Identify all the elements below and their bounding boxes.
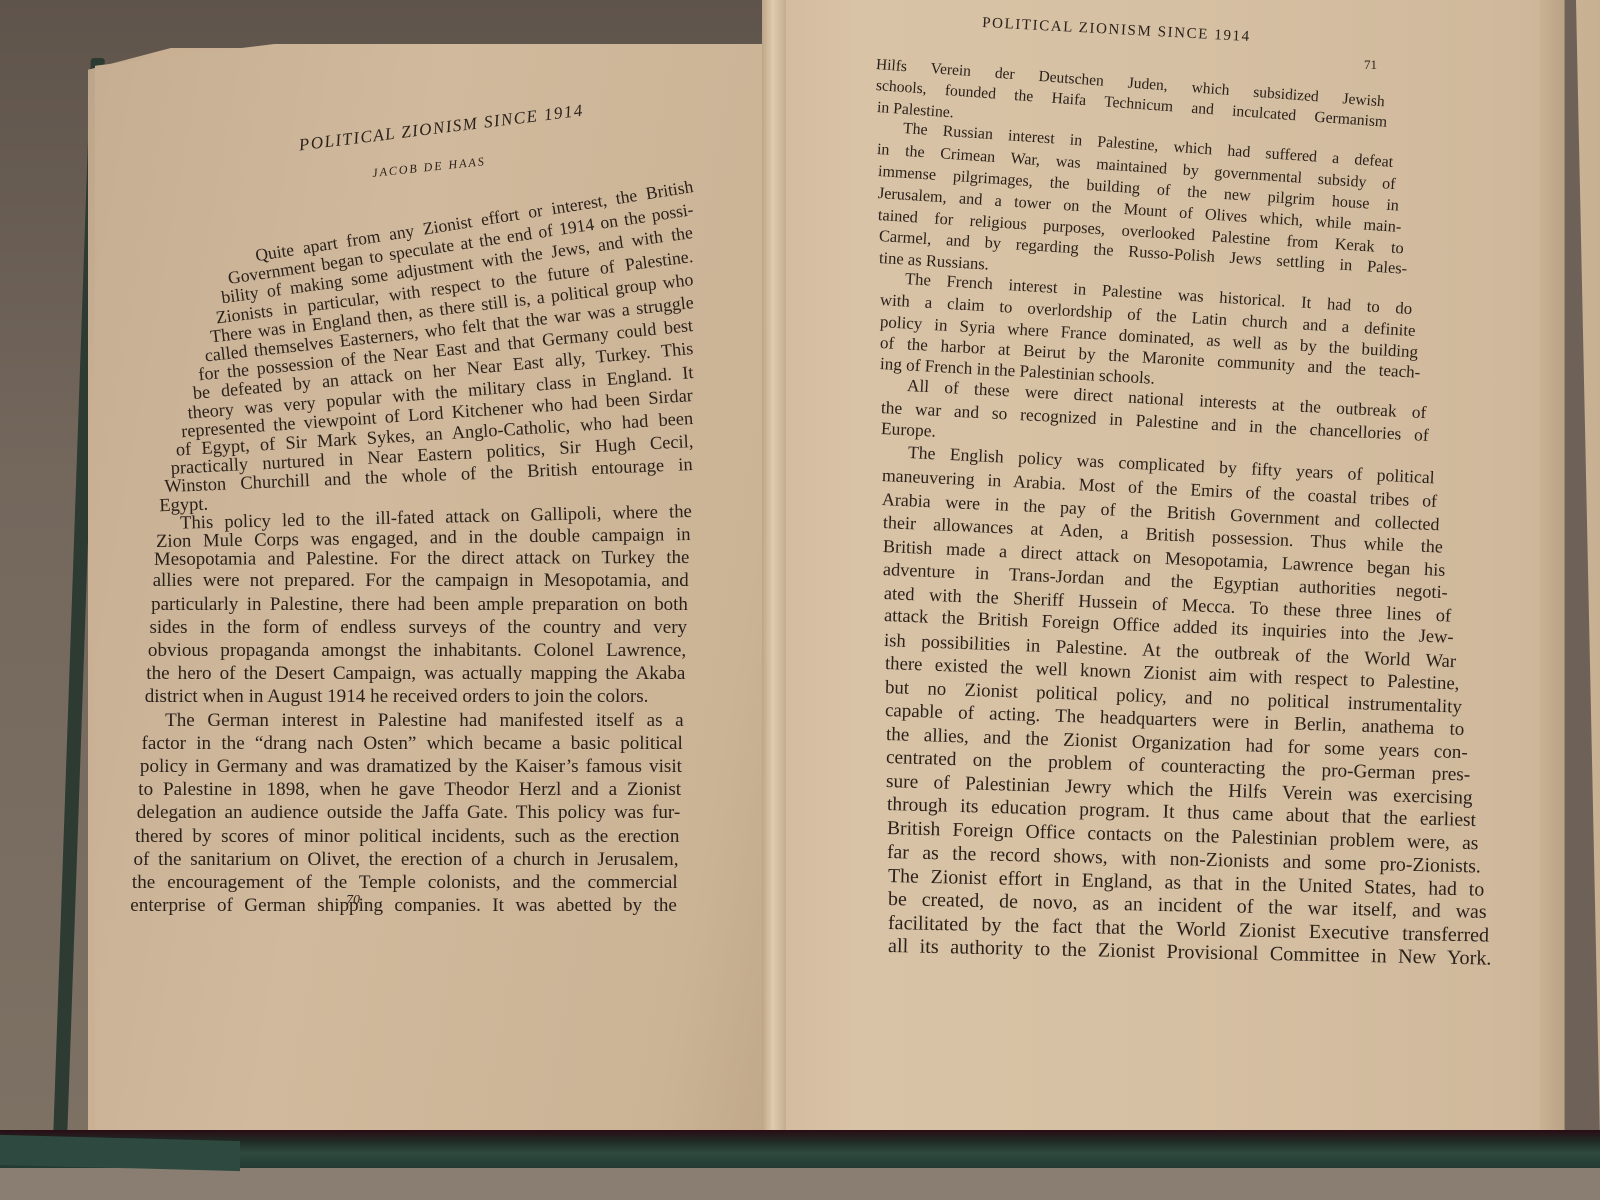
right-page-content: POLITICAL ZIONISM SINCE 1914 71 Hilfs Ve… [0,0,1600,1140]
book-binding-bottom [0,1130,1600,1168]
photo-scene: POLITICAL ZIONISM SINCE 1914 JACOB DE HA… [0,0,1600,1200]
running-head: POLITICAL ZIONISM SINCE 1914 [982,15,1251,46]
page-number-right: 71 [1364,57,1377,73]
book-cover-bottom-left [0,1135,240,1171]
